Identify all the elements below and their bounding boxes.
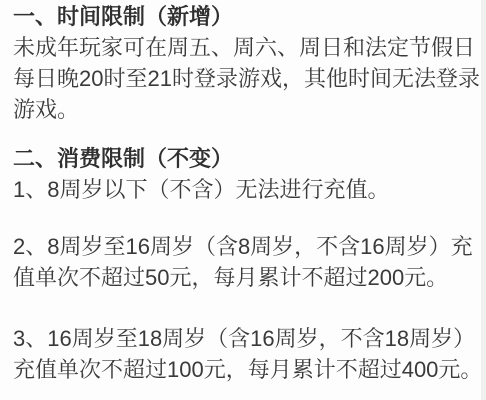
text-line: 游戏。	[13, 94, 480, 125]
consumption-limit-heading: 二、消费限制（不变）	[13, 146, 480, 172]
text-line: 充值单次不超过100元，每月累计不超过400元。	[13, 354, 480, 385]
text-line: 未成年玩家可在周五、周六、周日和法定节假日	[13, 32, 480, 63]
text-line: 3、16周岁至18周岁（含16周岁，不含18周岁）	[13, 323, 480, 354]
text-line: 值单次不超过50元，每月累计不超过200元。	[13, 262, 480, 293]
section-consumption-limit: 二、消费限制（不变） 1、8周岁以下（不含）无法进行充值。 2、8周岁至16周岁…	[13, 146, 480, 385]
text-line: 2、8周岁至16周岁（含8周岁，不含16周岁）充	[13, 231, 480, 262]
time-limit-heading: 一、时间限制（新增）	[13, 4, 480, 30]
right-edge-shade	[481, 0, 486, 400]
consumption-rule-8-to-16: 2、8周岁至16周岁（含8周岁，不含16周岁）充 值单次不超过50元，每月累计不…	[13, 231, 480, 293]
text-line: 1、8周岁以下（不含）无法进行充值。	[13, 174, 480, 205]
consumption-rule-under-8: 1、8周岁以下（不含）无法进行充值。	[13, 174, 480, 205]
consumption-rule-16-to-18: 3、16周岁至18周岁（含16周岁，不含18周岁） 充值单次不超过100元，每月…	[13, 323, 480, 385]
minor-protection-notice-page: 一、时间限制（新增） 未成年玩家可在周五、周六、周日和法定节假日 每日晚20时至…	[0, 0, 486, 400]
time-limit-paragraph: 未成年玩家可在周五、周六、周日和法定节假日 每日晚20时至21时登录游戏，其他时…	[13, 32, 480, 125]
text-line: 每日晚20时至21时登录游戏，其他时间无法登录	[13, 63, 480, 94]
section-time-limit: 一、时间限制（新增） 未成年玩家可在周五、周六、周日和法定节假日 每日晚20时至…	[13, 4, 480, 125]
